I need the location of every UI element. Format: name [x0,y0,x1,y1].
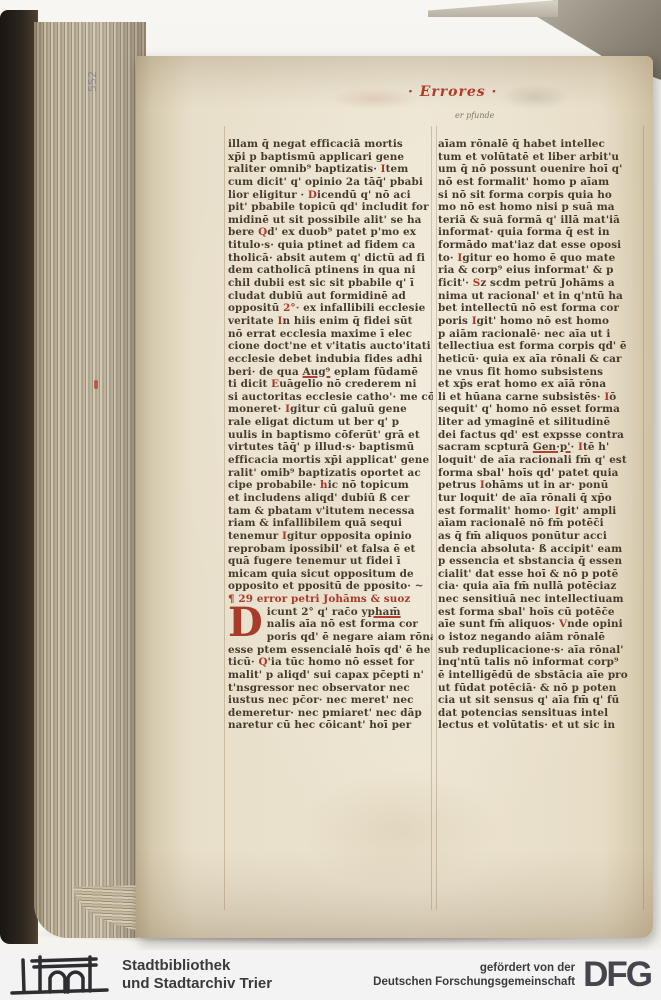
manuscript-text-line: et includens aliqd' dubiū ß cer [228,492,433,505]
manuscript-text-line: petrus Iohāms ut in ar· ponū [438,479,643,492]
manuscript-text-line: heticū· quia ex aīa rōnali & car [438,353,643,366]
manuscript-text-line: beri· de qua Aug⁹ eplam fūdamē [228,366,433,379]
manuscript-text-line: ut fūdat potēciā· & nō p poten [438,682,643,695]
manuscript-text-line: oppositū 2°· ex infallibili ecclesie [228,302,433,315]
manuscript-text-line: informat· quia forma q̄ est in [438,226,643,239]
column1-initial-block: D icunt 2° q' rac̄o ypham̄nalis aīa nō e… [228,606,433,732]
manuscript-text-line: lior eligitur · Dicendū q' nō aci [228,189,433,202]
dfg-logo: DFG [583,955,651,995]
manuscript-text-line: moneret· Igitur cū galuū gene [228,403,433,416]
manuscript-text-line: est formalit' homo· Igit' ampli [438,505,643,518]
manuscript-text-line: nalis aīa nō est forma cor [267,618,433,631]
library-name: Stadtbibliothek und Stadtarchiv Trier [122,957,272,992]
marginal-note: er pfunde [455,111,494,120]
manuscript-text-line: um q̄ nō possunt ouenire hoī q' [438,163,643,176]
porta-nigra-logo [10,954,110,996]
manuscript-text-line: cum dicit' q' opinio 2a tāq̄' pbabi [228,176,433,189]
manuscript-text-line: to· Igitur eo homo ē quo mate [438,252,643,265]
pencil-foliation-mark: 552 [86,71,99,92]
manuscript-text-line: cialit' dat esse hoī & nō p potē [438,568,643,581]
manuscript-text-line: midinē ut sit possibile alit' se ha [228,214,433,227]
manuscript-text-line: veritate In hiis enim q̄ fidei sūt [228,315,433,328]
manuscript-text-line: nō est formalit' homo p aīam [438,176,643,189]
rubric-header: · Errores · [408,84,528,100]
manuscript-text-line: cia ut sit sensus q' aīa fm̄ q' fū [438,694,643,707]
column1-upper-block: illam q̄ negat efficaciā mortisxp̄i p ba… [228,138,433,606]
text-column-1: illam q̄ negat efficaciā mortisxp̄i p ba… [228,138,433,732]
manuscript-text-line: ne vnus fit homo subsistens [438,366,643,379]
library-name-line2: und Stadtarchiv Trier [122,975,272,993]
manuscript-text-line: virtutes tāq̄' p illud·s· baptismū [228,441,433,454]
library-name-line1: Stadtbibliothek [122,957,272,975]
manuscript-text-line: et xp̄s erat homo ex aīā rōna [438,378,643,391]
manuscript-text-line: nec sensitiuā nec intellectiuam [438,593,643,606]
manuscript-text-line: tellectiua est forma corpis qd' ē [438,340,643,353]
manuscript-text-line: chil dubii est sic sit pbabile q' ī [228,277,433,290]
manuscript-text-line: p essencia et sbstancia q̄ essen [438,555,643,568]
manuscript-text-line: cia· quia aīa fm̄ nullā potēciaz [438,580,643,593]
manuscript-text-line: p aiām racionalē· nec aīa ut i [438,328,643,341]
manuscript-text-line: poris qd' ē negare aiam rōnalē [267,631,433,644]
manuscript-text-line: demeretur· nec pmiaret' nec dāp [228,707,433,720]
manuscript-text-line: t'nsgressor nec observator nec [228,682,433,695]
manuscript-text-line: iustus nec pc̄or· nec meret' nec [228,694,433,707]
manuscript-text-line: ficit'· Sz scdm petrū Johāms a [438,277,643,290]
manuscript-text-line: cludat dubiū aut formidinē ad [228,290,433,303]
manuscript-text-line: bere Qd' ex duob⁹ patet p'mo ex [228,226,433,239]
footer-branding-band: Stadtbibliothek und Stadtarchiv Trier ge… [0,950,661,1000]
manuscript-text-line: sacram scpturā Gen·p'· Itē h' [438,441,643,454]
manuscript-text-line: nima ut racional' et in q'ntū ha [438,290,643,303]
manuscript-text-line: icunt 2° q' rac̄o ypham̄ [267,606,433,619]
manuscript-text-line: o istoz negando aiām rōnalē [438,631,643,644]
book-spine [0,10,38,944]
funding-line2: Deutschen Forschungsgemeinschaft [373,975,575,989]
manuscript-text-line: tur loquit' de aīa rōnali q̄ xp̄o [438,492,643,505]
manuscript-text-line: ticū· Q'ia tūc homo nō esset for [228,656,433,669]
text-column-2: aīam rōnalē q̄ habet intellectum et volū… [438,138,643,732]
manuscript-text-line: sub reduplicacione·s· aīa rōnal' [438,644,643,657]
manuscript-text-line: loquit' de aīa racionali fm̄ q' est [438,454,643,467]
manuscript-text-line: pit' pbabile topicū qd' includit for [228,201,433,214]
manuscript-text-line: ralit' omib⁹ baptizatis oportet ac [228,467,433,480]
manuscript-text-line: uulis in baptismo cōferūt' grā et [228,429,433,442]
manuscript-text-line: efficacia mortis xp̄i applicat' gene [228,454,433,467]
digitized-manuscript-viewer: · Errores · er pfunde 552 illam q̄ negat… [0,0,661,1000]
manuscript-text-line: quā fugere tenemur ut fidei ī [228,555,433,568]
manuscript-text-line: ti dicit Euāgelio nō crederem ni [228,378,433,391]
manuscript-text-line: lectus et volūtatis· et ut sic in [438,719,643,732]
manuscript-text-line: teriā & suā formā q' illā mat'iā [438,214,643,227]
manuscript-text-line: poris Igit' homo nō est homo [438,315,643,328]
drop-initial: D [228,606,263,642]
manuscript-text-line: si auctoritas ecclesie catho'· me cō [228,391,433,404]
page-edge-stack [34,22,146,938]
manuscript-text-line: nō errat ecclesia maxime ī elec [228,328,433,341]
manuscript-text-line: micam quia sicut oppositum de [228,568,433,581]
manuscript-text-line: ecclesie debet indubia fides adhi [228,353,433,366]
manuscript-text-line: tholicā· absit autem q' dictū ad fi [228,252,433,265]
manuscript-text-line: esse ptem essencialē hoīs qd' ē he [228,644,433,657]
manuscript-text-line: li et hūana carne subsistēs· Iō [438,391,643,404]
manuscript-text-line: aīam rōnalē q̄ habet intellec [438,138,643,151]
manuscript-text-line: malit' p aliqd' sui capax pc̄epti n' [228,669,433,682]
manuscript-text-line: inq'ntū talis nō informat corp⁹ [438,656,643,669]
funding-credit: gefördert von der Deutschen Forschungsge… [373,961,575,990]
manuscript-text-line: riam & infallibilem quā sequi [228,517,433,530]
manuscript-text-line: ¶ 29 error petri Johāms & suoz [228,593,433,606]
manuscript-text-line: illam q̄ negat efficaciā mortis [228,138,433,151]
fore-edge-red-mark [94,380,98,389]
manuscript-text-line: aīam racionalē nō fm̄ potēc̄i [438,517,643,530]
manuscript-text-line: naretur cū hec cōicant' hoī per [228,719,433,732]
manuscript-text-line: liter ad ymaginē et silitudinē [438,416,643,429]
manuscript-text-line: rale eligat dictum ut ber q' p [228,416,433,429]
manuscript-text-line: dencia absoluta· ß accipit' eam [438,543,643,556]
manuscript-text-line: tum et volūtatē et liber arbit'u [438,151,643,164]
manuscript-text-line: as q̄ fm̄ aliquos ponūtur acci [438,530,643,543]
manuscript-text-line: formādo mat'iaz dat esse oposi [438,239,643,252]
manuscript-text-line: cione doct'ne et v'itatis aucto'itati [228,340,433,353]
manuscript-text-line: titulo·s· quia ptinet ad fidem ca [228,239,433,252]
manuscript-text-line: bet intellectū nō est forma cor [438,302,643,315]
manuscript-text-line: cipe probabile· hic nō topicum [228,479,433,492]
manuscript-text-line: ria & corp⁹ eius informat' & p [438,264,643,277]
manuscript-text-line: forma sbal' hoīs qd' patet quia [438,467,643,480]
manuscript-text-line: dem catholicā ptinens in qua ni [228,264,433,277]
manuscript-text-line: aīe sunt fm̄ aliquos· Vnde opini [438,618,643,631]
manuscript-text-line: tenemur Igitur opposita opinio [228,530,433,543]
manuscript-text-line: xp̄i p baptismū applicari gene [228,151,433,164]
manuscript-text-line: raliter omnib⁹ baptizatis· Item [228,163,433,176]
manuscript-text-line: mo nō est homo nisi p suā ma [438,201,643,214]
funding-line1: gefördert von der [373,961,575,975]
manuscript-text-line: sequit' q' homo nō esset forma [438,403,643,416]
manuscript-text-line: si nō sit forma corpis quia ho [438,189,643,202]
manuscript-text-line: ē intelligēdū de sbstācia aīe pro [438,669,643,682]
ruling-line [224,126,225,910]
manuscript-text-line: dat potencias sensituas intel [438,707,643,720]
manuscript-text-line: reprobam ipossibil' et falsa ē et [228,543,433,556]
manuscript-text-line: est forma sbal' hoīs cū potēc̄e [438,606,643,619]
ruling-line [643,126,644,910]
manuscript-text-line: tam & pbatam v'itutem necessa [228,505,433,518]
manuscript-text-line: opposito et ppositū de pposito· ~ [228,580,433,593]
ruling-line [436,126,437,910]
manuscript-text-line: dei factus qd' est expsse contra [438,429,643,442]
